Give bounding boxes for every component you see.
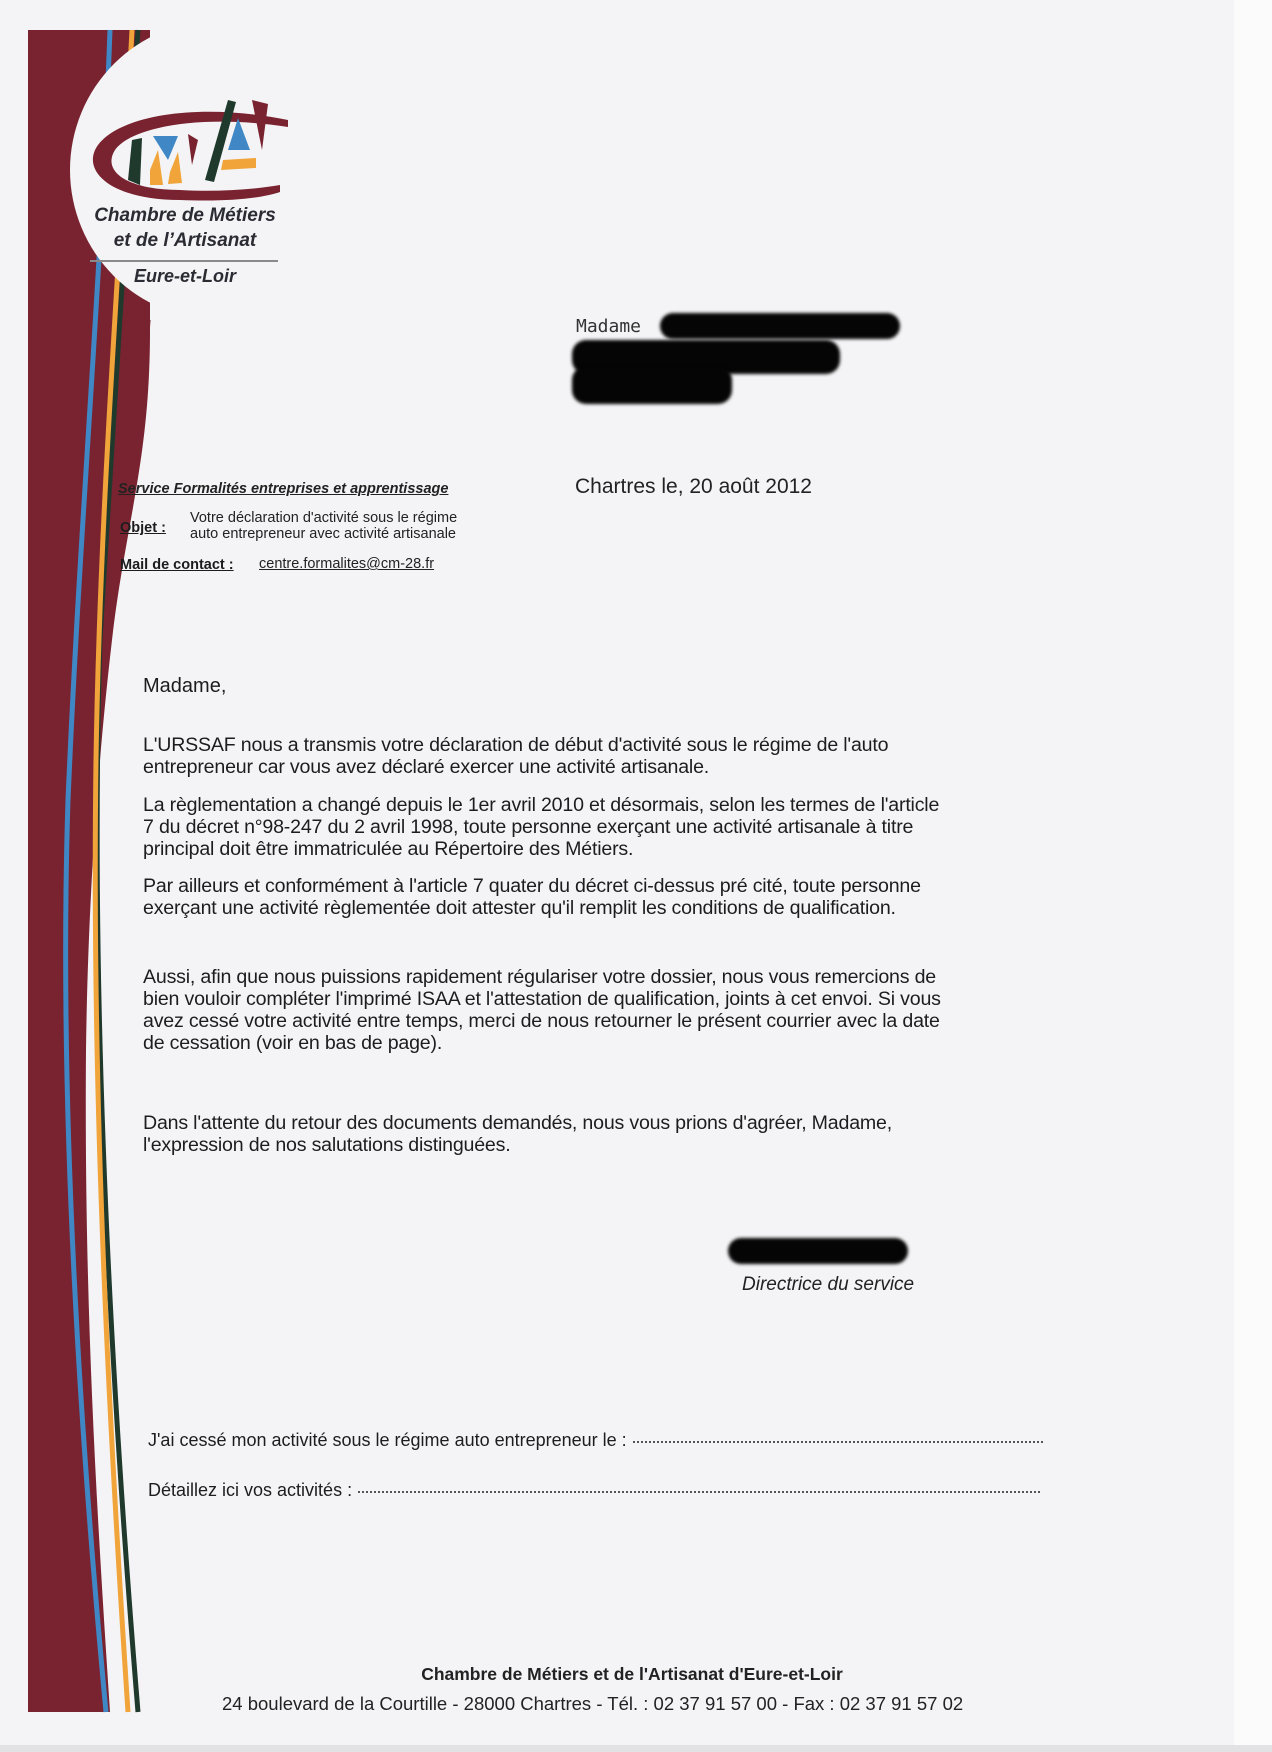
logo-org-name-line1: Chambre de Métiers	[80, 205, 290, 227]
activities-label: Détaillez ici vos activités :	[148, 1480, 352, 1501]
paragraph-4: Aussi, afin que nous puissions rapidemen…	[143, 966, 1063, 1054]
contact-email-link[interactable]: centre.formalites@cm-28.fr	[259, 556, 434, 572]
text-line: principal doit être immatriculée au Répe…	[143, 838, 1063, 860]
cessation-date-field[interactable]: J'ai cessé mon activité sous le régime a…	[148, 1430, 1043, 1451]
signatory-title: Directrice du service	[742, 1274, 914, 1296]
objet-label: Objet :	[120, 520, 166, 536]
logo-divider	[90, 260, 278, 262]
text-line: Dans l'attente du retour des documents d…	[143, 1112, 1063, 1134]
service-name: Service Formalités entreprises et appren…	[118, 481, 448, 497]
footer-address: 24 boulevard de la Courtille - 28000 Cha…	[222, 1693, 963, 1715]
logo-region: Eure-et-Loir	[80, 266, 290, 287]
text-line: 7 du décret n°98-247 du 2 avril 1998, to…	[143, 816, 1063, 838]
logo-org-name-line2: et de l’Artisanat	[80, 230, 290, 252]
footer-org-name: Chambre de Métiers et de l'Artisanat d'E…	[0, 1664, 1272, 1685]
paragraph-1: L'URSSAF nous a transmis votre déclarati…	[143, 734, 1063, 778]
text-line: de cessation (voir en bas de page).	[143, 1032, 1063, 1054]
text-line: La règlementation a changé depuis le 1er…	[143, 794, 1063, 816]
salutation: Madame,	[143, 675, 226, 698]
text-line: Par ailleurs et conformément à l'article…	[143, 875, 1063, 897]
redacted-address-line2	[572, 366, 732, 404]
redacted-name	[660, 313, 900, 339]
cessation-date-label: J'ai cessé mon activité sous le régime a…	[148, 1430, 627, 1451]
text-line: avez cessé votre activité entre temps, m…	[143, 1010, 1063, 1032]
objet-text: Votre déclaration d'activité sous le rég…	[190, 510, 457, 542]
objet-line: auto entrepreneur avec activité artisana…	[190, 526, 457, 542]
text-line: exerçant une activité règlementée doit a…	[143, 897, 1063, 919]
paragraph-3: Par ailleurs et conformément à l'article…	[143, 875, 1063, 919]
activities-input-line[interactable]	[358, 1490, 1040, 1493]
cessation-date-input-line[interactable]	[633, 1440, 1043, 1443]
activities-field[interactable]: Détaillez ici vos activités :	[148, 1480, 1040, 1501]
page-edge	[1234, 0, 1272, 1752]
paragraph-2: La règlementation a changé depuis le 1er…	[143, 794, 1063, 860]
letter-date: Chartres le, 20 août 2012	[575, 475, 812, 499]
paragraph-closing: Dans l'attente du retour des documents d…	[143, 1112, 1063, 1156]
scan-edge	[0, 1745, 1272, 1752]
text-line: Aussi, afin que nous puissions rapidemen…	[143, 966, 1063, 988]
text-line: entrepreneur car vous avez déclaré exerc…	[143, 756, 1063, 778]
text-line: L'URSSAF nous a transmis votre déclarati…	[143, 734, 1063, 756]
text-line: l'expression de nos salutations distingu…	[143, 1134, 1063, 1156]
redacted-signature	[728, 1238, 908, 1264]
objet-line: Votre déclaration d'activité sous le rég…	[190, 510, 457, 526]
mail-label: Mail de contact :	[120, 557, 234, 573]
footer-org-name-text: Chambre de Métiers et de l'Artisanat d'E…	[421, 1664, 843, 1684]
addressee-prefix: Madame	[576, 316, 641, 337]
text-line: bien vouloir compléter l'imprimé ISAA et…	[143, 988, 1063, 1010]
